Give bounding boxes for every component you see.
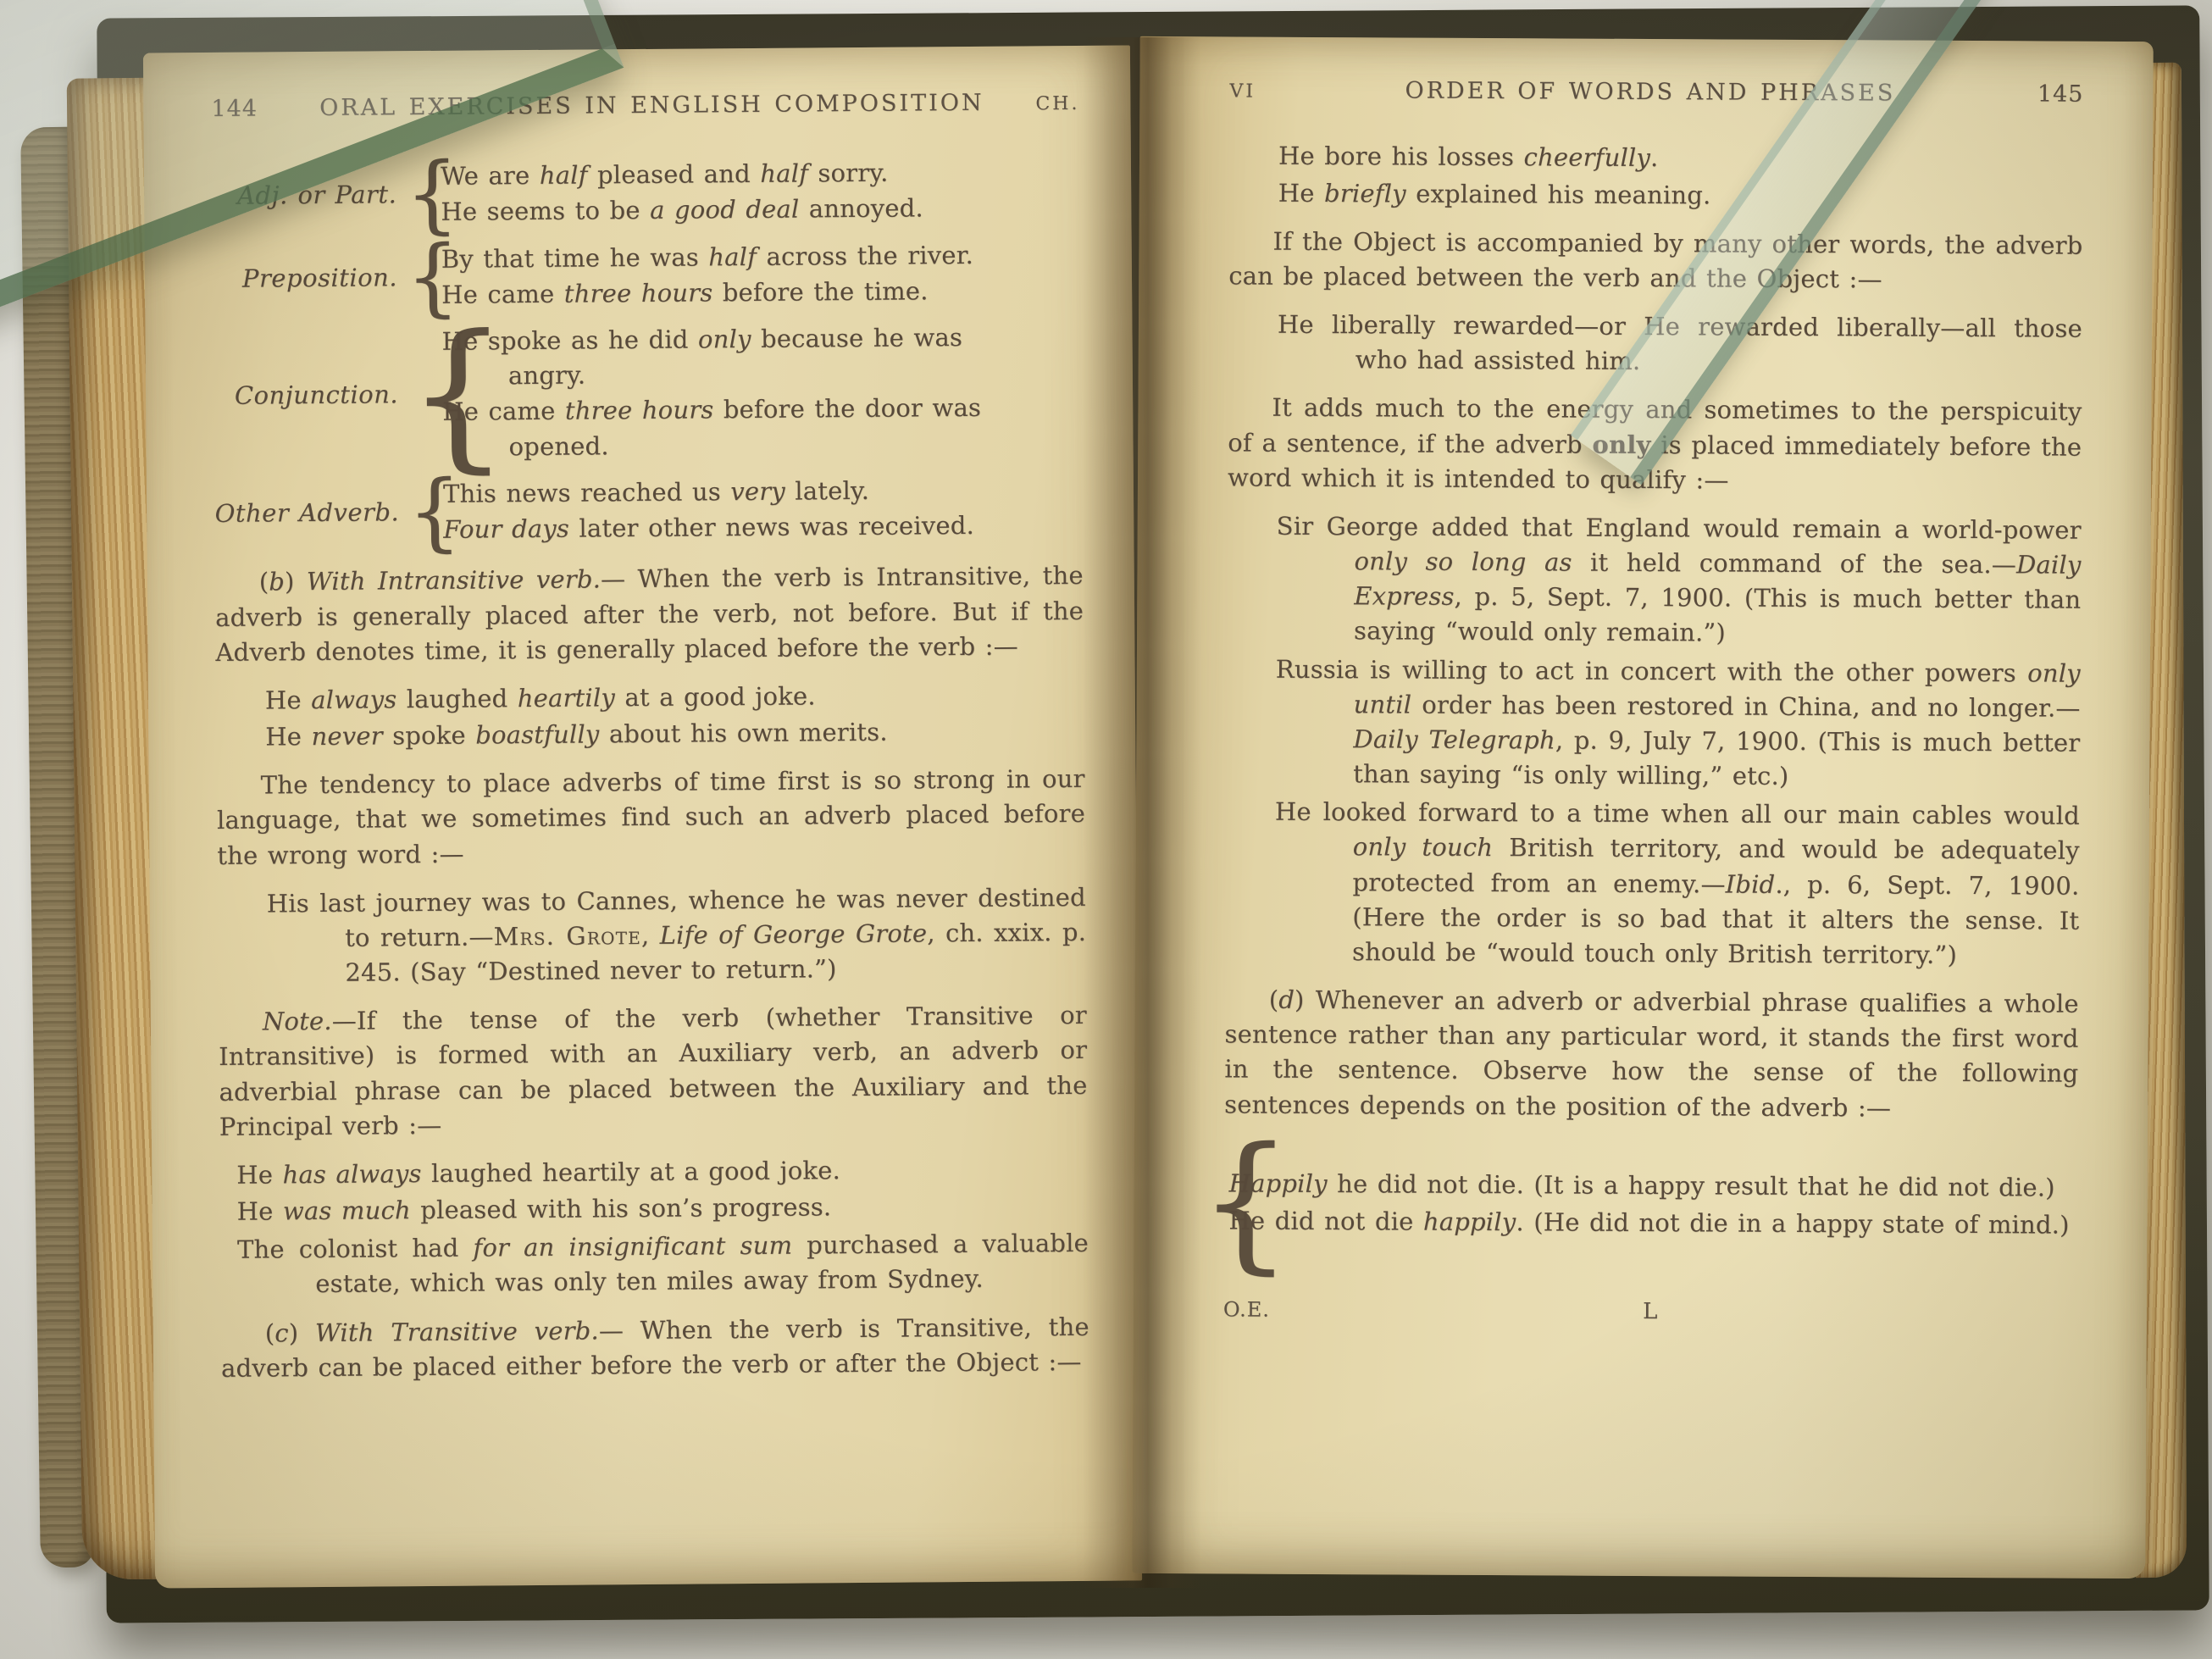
example-line: He briefly explained his meaning.	[1278, 175, 2083, 214]
example-line: Happily he did not die. (It is a happy r…	[1229, 1166, 2078, 1205]
bracket-lines: We are half pleased and half sorry. He s…	[441, 153, 1001, 230]
signature-abbreviation: O.E.	[1223, 1296, 1333, 1325]
bracket-row-preposition: Preposition. { By that time he was half …	[213, 234, 1082, 317]
example-line: He came three hours before the time.	[441, 273, 1001, 312]
example-line: He never spoke boastfully about his own …	[265, 713, 1084, 755]
bracket-row-other-adverb: Other Adverb. { This news reached us ver…	[214, 469, 1084, 552]
paragraph-note: Note.—If the tense of the verb (whether …	[219, 998, 1088, 1145]
example-line: He spoke as he did only because he was a…	[441, 320, 1001, 395]
left-brace: {	[1198, 1135, 1229, 1269]
bracket-label: Preposition.	[213, 260, 406, 297]
example-line: We are half pleased and half sorry.	[441, 154, 1000, 193]
bracket-row-conjunction: Conjunction. { He spoke as he did only b…	[213, 317, 1082, 469]
quoted-example-grote: His last journey was to Cannes, whence h…	[345, 880, 1087, 990]
right-running-head: VI ORDER OF WORDS AND PHRASES 145	[1229, 74, 2083, 111]
right-page-content: VI ORDER OF WORDS AND PHRASES 145 He bor…	[1132, 36, 2153, 1579]
example-line: He was much pleased with his son’s progr…	[236, 1188, 1088, 1229]
example-line: This news reached us very lately.	[443, 472, 1002, 511]
paragraph-b-intransitive: (b) With Intransitive verb.— When the ve…	[215, 558, 1084, 670]
footer-spacer	[1967, 1320, 2077, 1321]
example-line: He always laughed heartily at a good jok…	[265, 677, 1084, 719]
paragraph-tendency: The tendency to place adverbs of time fi…	[217, 762, 1086, 874]
example-line: He seems to be a good deal annoyed.	[441, 190, 1000, 229]
paragraph-object: If the Object is accompanied by many oth…	[1228, 224, 2082, 298]
paragraph-d-whole-sentence: (d) Whenever an adverb or adverbial phra…	[1224, 983, 2079, 1127]
photo-of-open-book: { "glyphs": { "brace": "{" }, "book": { …	[0, 0, 2212, 1659]
braced-pair-happily: { Happily he did not die. (It is a happy…	[1223, 1135, 2078, 1273]
example-line: By that time he was half across the rive…	[441, 237, 1001, 276]
bracket-label: Conjunction.	[213, 377, 407, 413]
paragraph-c-transitive: (c) With Transitive verb.— When the verb…	[221, 1309, 1090, 1385]
quoted-example-colonist: The colonist had for an insignificant su…	[315, 1226, 1089, 1302]
left-page: 144 ORAL EXERCISES IN ENGLISH COMPOSITIO…	[143, 45, 1142, 1588]
left-brace: {	[405, 156, 441, 232]
bracket-lines: He spoke as he did only because he was a…	[441, 319, 1001, 466]
example-line: He came three hours before the door was …	[442, 391, 1002, 465]
left-brace: {	[406, 322, 442, 467]
bracket-label: Other Adverb.	[214, 495, 407, 531]
left-chapter-label: CH.	[1012, 91, 1079, 118]
quoted-example-russia: Russia is willing to act in concert with…	[1353, 652, 2081, 796]
quoted-example-cables: He looked forward to a time when all our…	[1352, 795, 2080, 973]
example-line: He did not die happily. (He did not die …	[1228, 1203, 2077, 1242]
right-page: VI ORDER OF WORDS AND PHRASES 145 He bor…	[1132, 36, 2153, 1579]
bracket-lines: By that time he was half across the rive…	[441, 236, 1001, 313]
example-line: He has always laughed heartily at a good…	[236, 1151, 1088, 1193]
left-page-content: 144 ORAL EXERCISES IN ENGLISH COMPOSITIO…	[143, 45, 1142, 1588]
quoted-example-sir-george: Sir George added that England would rema…	[1354, 509, 2082, 652]
page-footer: O.E. L	[1223, 1295, 2077, 1330]
right-page-number: 145	[2003, 78, 2083, 111]
example-line: Four days later other news was received.	[443, 508, 1002, 547]
right-chapter-numeral: VI	[1229, 78, 1297, 105]
gathering-mark: L	[1333, 1295, 1967, 1329]
bracket-lines: This news reached us very lately. Four d…	[443, 471, 1003, 548]
braced-lines: Happily he did not die. (It is a happy r…	[1228, 1163, 2077, 1246]
left-brace: {	[407, 474, 444, 550]
example-line: He bore his losses cheerfully.	[1278, 139, 2083, 178]
